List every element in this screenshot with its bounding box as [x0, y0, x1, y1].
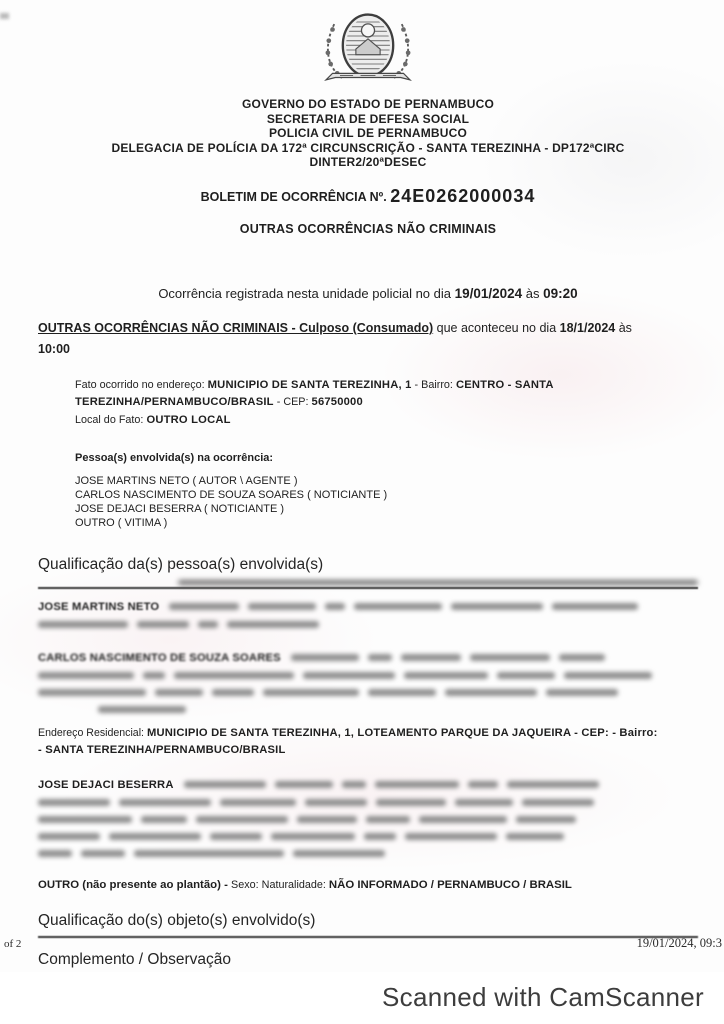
- redacted-text: [455, 799, 513, 806]
- redacted-text: [98, 706, 186, 713]
- outro-name: OUTRO (não presente ao plantão) -: [38, 879, 231, 891]
- residential-address-value: MUNICIPIO DE SANTA TEREZINHA, 1, LOTEAME…: [147, 727, 658, 739]
- complement-title: Complemento / Observação: [38, 951, 698, 969]
- redacted-text: [342, 781, 366, 788]
- redacted-text: [522, 799, 594, 806]
- redacted-text: [38, 850, 72, 857]
- redacted-text: [227, 621, 319, 628]
- section-rule: [38, 936, 698, 938]
- involved-person: CARLOS NASCIMENTO DE SOUZA SOARES ( NOTI…: [75, 489, 698, 503]
- redacted-text: [303, 672, 395, 679]
- agency-header: GOVERNO DO ESTADO DE PERNAMBUCO SECRETAR…: [38, 97, 698, 170]
- redacted-text: [141, 816, 187, 823]
- incident-date: 18/1/2024: [560, 321, 616, 335]
- report-number: 24E0262000034: [390, 186, 535, 206]
- redacted-text: [155, 689, 203, 696]
- incident-suffix: às: [615, 321, 632, 335]
- redacted-text: [248, 603, 316, 610]
- redacted-text: [38, 816, 132, 823]
- redacted-text: [38, 621, 128, 628]
- header-line: SECRETARIA DE DEFESA SOCIAL: [38, 112, 698, 127]
- redacted-text: [169, 603, 239, 610]
- redacted-text: [564, 672, 652, 679]
- redacted-text: [220, 799, 296, 806]
- redacted-text: [497, 672, 555, 679]
- residential-address-label: Endereço Residencial:: [38, 727, 147, 739]
- registration-line: Ocorrência registrada nesta unidade poli…: [38, 286, 698, 301]
- report-number-label: BOLETIM DE OCORRÊNCIA Nº.: [201, 190, 387, 204]
- dash: -: [274, 396, 284, 408]
- outro-value: NÃO INFORMADO / PERNAMBUCO / BRASIL: [329, 879, 572, 891]
- redacted-text: [552, 603, 638, 610]
- person-name: JOSE MARTINS NETO: [38, 601, 159, 613]
- qualification-objects-title: Qualificação do(s) objeto(s) envolvido(s…: [38, 912, 698, 930]
- fact-address-block: Fato ocorrido no endereço: MUNICIPIO DE …: [75, 377, 675, 430]
- redacted-text: [275, 781, 333, 788]
- person-qualification-jose-dejaci: JOSE DEJACI BESERRA: [38, 779, 698, 859]
- involved-person: OUTRO ( VITIMA ): [75, 517, 698, 531]
- redacted-text: [506, 833, 564, 840]
- dash: -: [412, 379, 422, 391]
- header-line: POLICIA CIVIL DE PERNAMBUCO: [38, 126, 698, 141]
- header-line: DINTER2/20ªDESEC: [38, 155, 698, 170]
- fact-address-label: Fato ocorrido no endereço:: [75, 379, 208, 391]
- redacted-text: [143, 672, 165, 679]
- page-indicator: of 2: [4, 938, 21, 950]
- redacted-text: [445, 689, 537, 696]
- redacted-text: [212, 689, 254, 696]
- fact-cep-label: CEP:: [283, 396, 311, 408]
- report-title: BOLETIM DE OCORRÊNCIA Nº. 24E0262000034: [38, 186, 698, 207]
- redacted-text: [366, 816, 410, 823]
- redacted-text: [470, 654, 550, 661]
- document-body: GOVERNO DO ESTADO DE PERNAMBUCO SECRETAR…: [0, 0, 724, 977]
- section-rule: [38, 587, 698, 589]
- registration-date: 19/01/2024: [455, 286, 523, 301]
- redacted-text: [451, 603, 543, 610]
- scanned-police-report-page: GOVERNO DO ESTADO DE PERNAMBUCO SECRETAR…: [0, 0, 724, 1024]
- person-name: JOSE DEJACI BESERRA: [38, 779, 174, 791]
- incident-text: que aconteceu no dia: [433, 321, 560, 335]
- redacted-smear: [178, 580, 698, 585]
- redacted-text: [507, 781, 599, 788]
- header-line: GOVERNO DO ESTADO DE PERNAMBUCO: [38, 97, 698, 112]
- redacted-text: [468, 781, 498, 788]
- fact-local-label: Local do Fato:: [75, 414, 146, 426]
- redacted-text: [376, 799, 446, 806]
- redacted-text: [368, 654, 392, 661]
- redacted-text: [419, 816, 507, 823]
- redacted-text: [196, 816, 288, 823]
- fact-address-value: MUNICIPIO DE SANTA TEREZINHA, 1: [208, 379, 412, 391]
- registration-text: Ocorrência registrada nesta unidade poli…: [158, 286, 454, 301]
- redacted-text: [109, 833, 201, 840]
- redacted-text: [134, 850, 284, 857]
- redacted-text: [305, 799, 367, 806]
- redacted-text: [325, 603, 345, 610]
- report-type: OUTRAS OCORRÊNCIAS NÃO CRIMINAIS: [38, 222, 698, 236]
- fact-local-value: OUTRO LOCAL: [146, 414, 230, 426]
- camscanner-watermark-text: Scanned with CamScanner: [382, 982, 704, 1013]
- redacted-text: [405, 833, 497, 840]
- fact-cep-value: 56750000: [312, 396, 363, 408]
- naturalidade-label: Naturalidade:: [262, 879, 329, 891]
- fact-local-line: Local do Fato: OUTRO LOCAL: [75, 412, 675, 430]
- redacted-text: [368, 689, 436, 696]
- redacted-text: [38, 672, 134, 679]
- person-qualification-jose-martins: JOSE MARTINS NETO: [38, 601, 698, 630]
- registration-connector: às: [522, 286, 543, 301]
- redacted-text: [297, 816, 357, 823]
- redacted-text: [81, 850, 125, 857]
- involved-person: JOSE DEJACI BESERRA ( NOTICIANTE ): [75, 503, 698, 517]
- redacted-text: [546, 689, 618, 696]
- qualification-people-title: Qualificação da(s) pessoa(s) envolvida(s…: [38, 556, 698, 574]
- redacted-text: [364, 833, 396, 840]
- redacted-text: [210, 833, 262, 840]
- redacted-text: [119, 799, 211, 806]
- redacted-text: [354, 603, 442, 610]
- residential-address-line: Endereço Residencial: MUNICIPIO DE SANTA…: [38, 725, 698, 759]
- fact-bairro-label: Bairro:: [421, 379, 456, 391]
- print-timestamp: 19/01/2024, 09:3: [637, 936, 722, 951]
- redacted-text: [271, 833, 355, 840]
- header-line: DELEGACIA DE POLÍCIA DA 172ª CIRCUNSCRIÇ…: [38, 141, 698, 156]
- sexo-label: Sexo:: [231, 879, 262, 891]
- incident-line: OUTRAS OCORRÊNCIAS NÃO CRIMINAIS - Culpo…: [38, 318, 698, 360]
- redacted-text: [198, 621, 218, 628]
- redacted-text: [401, 654, 461, 661]
- redacted-text: [38, 833, 100, 840]
- incident-time: 10:00: [38, 339, 698, 360]
- camscanner-watermark-bar: Scanned with CamScanner: [0, 972, 724, 1024]
- person-qualification-carlos: CARLOS NASCIMENTO DE SOUZA SOARES: [38, 652, 698, 715]
- redacted-text: [293, 850, 385, 857]
- redacted-text: [174, 672, 294, 679]
- redacted-text: [38, 799, 110, 806]
- redacted-text: [137, 621, 189, 628]
- registration-time: 09:20: [543, 286, 578, 301]
- outro-person-line: OUTRO (não presente ao plantão) - Sexo: …: [38, 879, 698, 891]
- involved-persons-title: Pessoa(s) envolvida(s) na ocorrência:: [75, 452, 698, 464]
- residential-address-value: - SANTA TEREZINHA/PERNAMBUCO/BRASIL: [38, 744, 286, 756]
- redacted-text: [38, 689, 146, 696]
- redacted-text: [559, 654, 605, 661]
- incident-classification: OUTRAS OCORRÊNCIAS NÃO CRIMINAIS - Culpo…: [38, 321, 433, 335]
- redacted-text: [291, 654, 359, 661]
- involved-person: JOSE MARTINS NETO ( AUTOR \ AGENTE ): [75, 475, 698, 489]
- redacted-text: [404, 672, 488, 679]
- redacted-text: [516, 816, 576, 823]
- person-name: CARLOS NASCIMENTO DE SOUZA SOARES: [38, 652, 281, 664]
- redacted-text: [263, 689, 359, 696]
- emblem-container: [38, 10, 698, 95]
- redacted-text: [375, 781, 459, 788]
- involved-persons-list: Pessoa(s) envolvida(s) na ocorrência: JO…: [75, 452, 698, 530]
- redacted-text: [184, 781, 266, 788]
- pernambuco-coat-of-arms-icon: [312, 10, 424, 90]
